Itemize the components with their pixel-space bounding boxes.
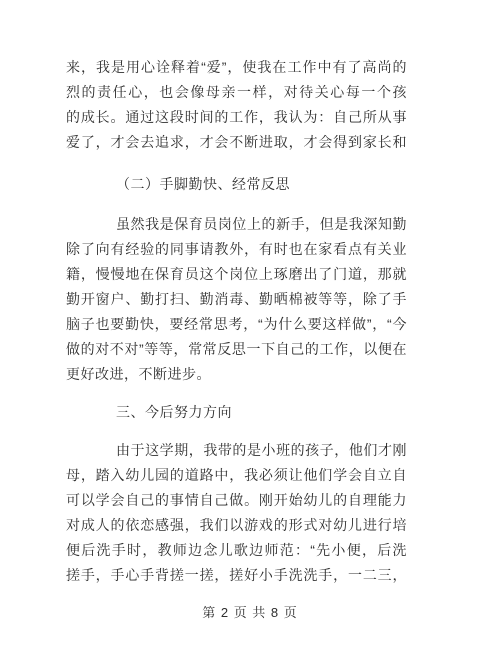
paragraph-diligence: 虽然我是保育员岗位上的新手，但是我深知勤能补拙，平时 除了向有经验的同事请教外，… xyxy=(66,212,407,387)
text-line: 便后洗手时，教师边念儿歌边师范：“先小便，后洗手，擦擦肥 皂搓 xyxy=(66,538,407,563)
text-line: 对成人的依恋感强，我们以游戏的形式对幼儿进行培养，如培养 先小 xyxy=(66,513,407,538)
text-line: 做的对不对”等等，常常反思一下自己的工作，以便在以后的 工作中， xyxy=(66,337,407,362)
text-line: 爱了，才会去追求，才会不断进取，才会得到家长和孩子的信任。 xyxy=(66,130,407,155)
paragraph-continued: 来，我是用心诠释着“爱”，使我在工作中有了高尚的职业道德和强 烈的责任心，也会像… xyxy=(66,55,407,155)
text-line: 除了向有经验的同事请教外，有时也在家看点有关业务知识方面的书 xyxy=(66,237,407,262)
text-line: 烈的责任心，也会像母亲一样，对待关心每一个孩子，使他们健康快 乐 xyxy=(66,80,407,105)
paragraph-future-direction: 由于这学期，我带的是小班的孩子，他们才刚离开自己的父 母，踏入幼儿园的道路中，我… xyxy=(66,438,407,588)
text-line: 勤开窗户、勤打扫、勤消毒、勤晒棉被等等，除了手脚要勤快利 落外， xyxy=(66,287,407,312)
section-heading-three: 三、今后努力方向 xyxy=(66,400,407,425)
text-line: 虽然我是保育员岗位上的新手，但是我深知勤能补拙，平时 xyxy=(66,212,407,237)
text-line: 可以学会自己的事情自己做。刚开始幼儿的自理能力差，因为年龄 小， xyxy=(66,488,407,513)
text-line: 搓手，手心手背搓一搓，搓好小手洗洗手，一二三，四五六，小 手洗 xyxy=(66,563,407,588)
text-line: 更好改进，不断进步。 xyxy=(66,362,407,387)
text-line: 的成长。通过这段时间的工作，我认为：自己所从事的职业，只有 热 xyxy=(66,105,407,130)
document-page: 来，我是用心诠释着“爱”，使我在工作中有了高尚的职业道德和强 烈的责任心，也会像… xyxy=(0,0,500,647)
text-line: 来，我是用心诠释着“爱”，使我在工作中有了高尚的职业道德和强 xyxy=(66,55,407,80)
page-footer: 第 2 页 共 8 页 xyxy=(0,600,500,625)
text-line: 籍，慢慢地在保育员这个岗位上琢磨出了门道，那就是要“勤”，比 如： xyxy=(66,262,407,287)
text-line: 母，踏入幼儿园的道路中，我必须让他们学会自立自理，在日常生活 中 xyxy=(66,463,407,488)
text-line: 由于这学期，我带的是小班的孩子，他们才刚离开自己的父 xyxy=(66,438,407,463)
section-heading-two: （二）手脚勤快、经常反思 xyxy=(66,172,407,197)
text-line: 脑子也要勤快，要经常思考，“为什么要这样做”，“今天这 件事我 xyxy=(66,312,407,337)
